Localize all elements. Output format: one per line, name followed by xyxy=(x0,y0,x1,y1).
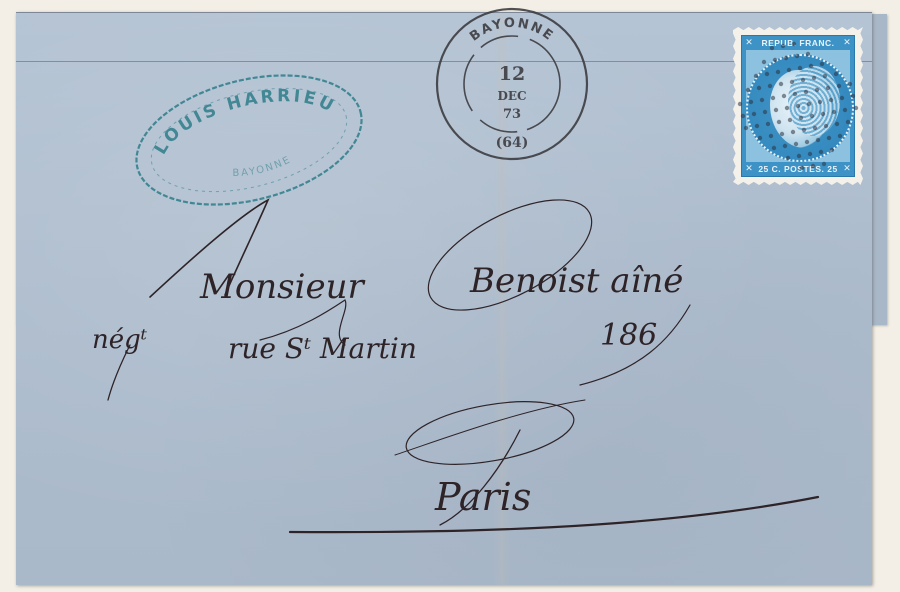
handwritten-address: Monsieur Benoist aîné négᵗ rue Sᵗ Martin… xyxy=(0,0,900,592)
address-recipient-name: Benoist aîné xyxy=(469,261,683,301)
address-city: Paris xyxy=(434,475,531,519)
address-street: rue Sᵗ Martin xyxy=(228,332,417,365)
address-salutation: Monsieur xyxy=(199,267,366,307)
address-occupation: négᵗ xyxy=(92,325,148,355)
address-house-number: 186 xyxy=(600,318,657,353)
